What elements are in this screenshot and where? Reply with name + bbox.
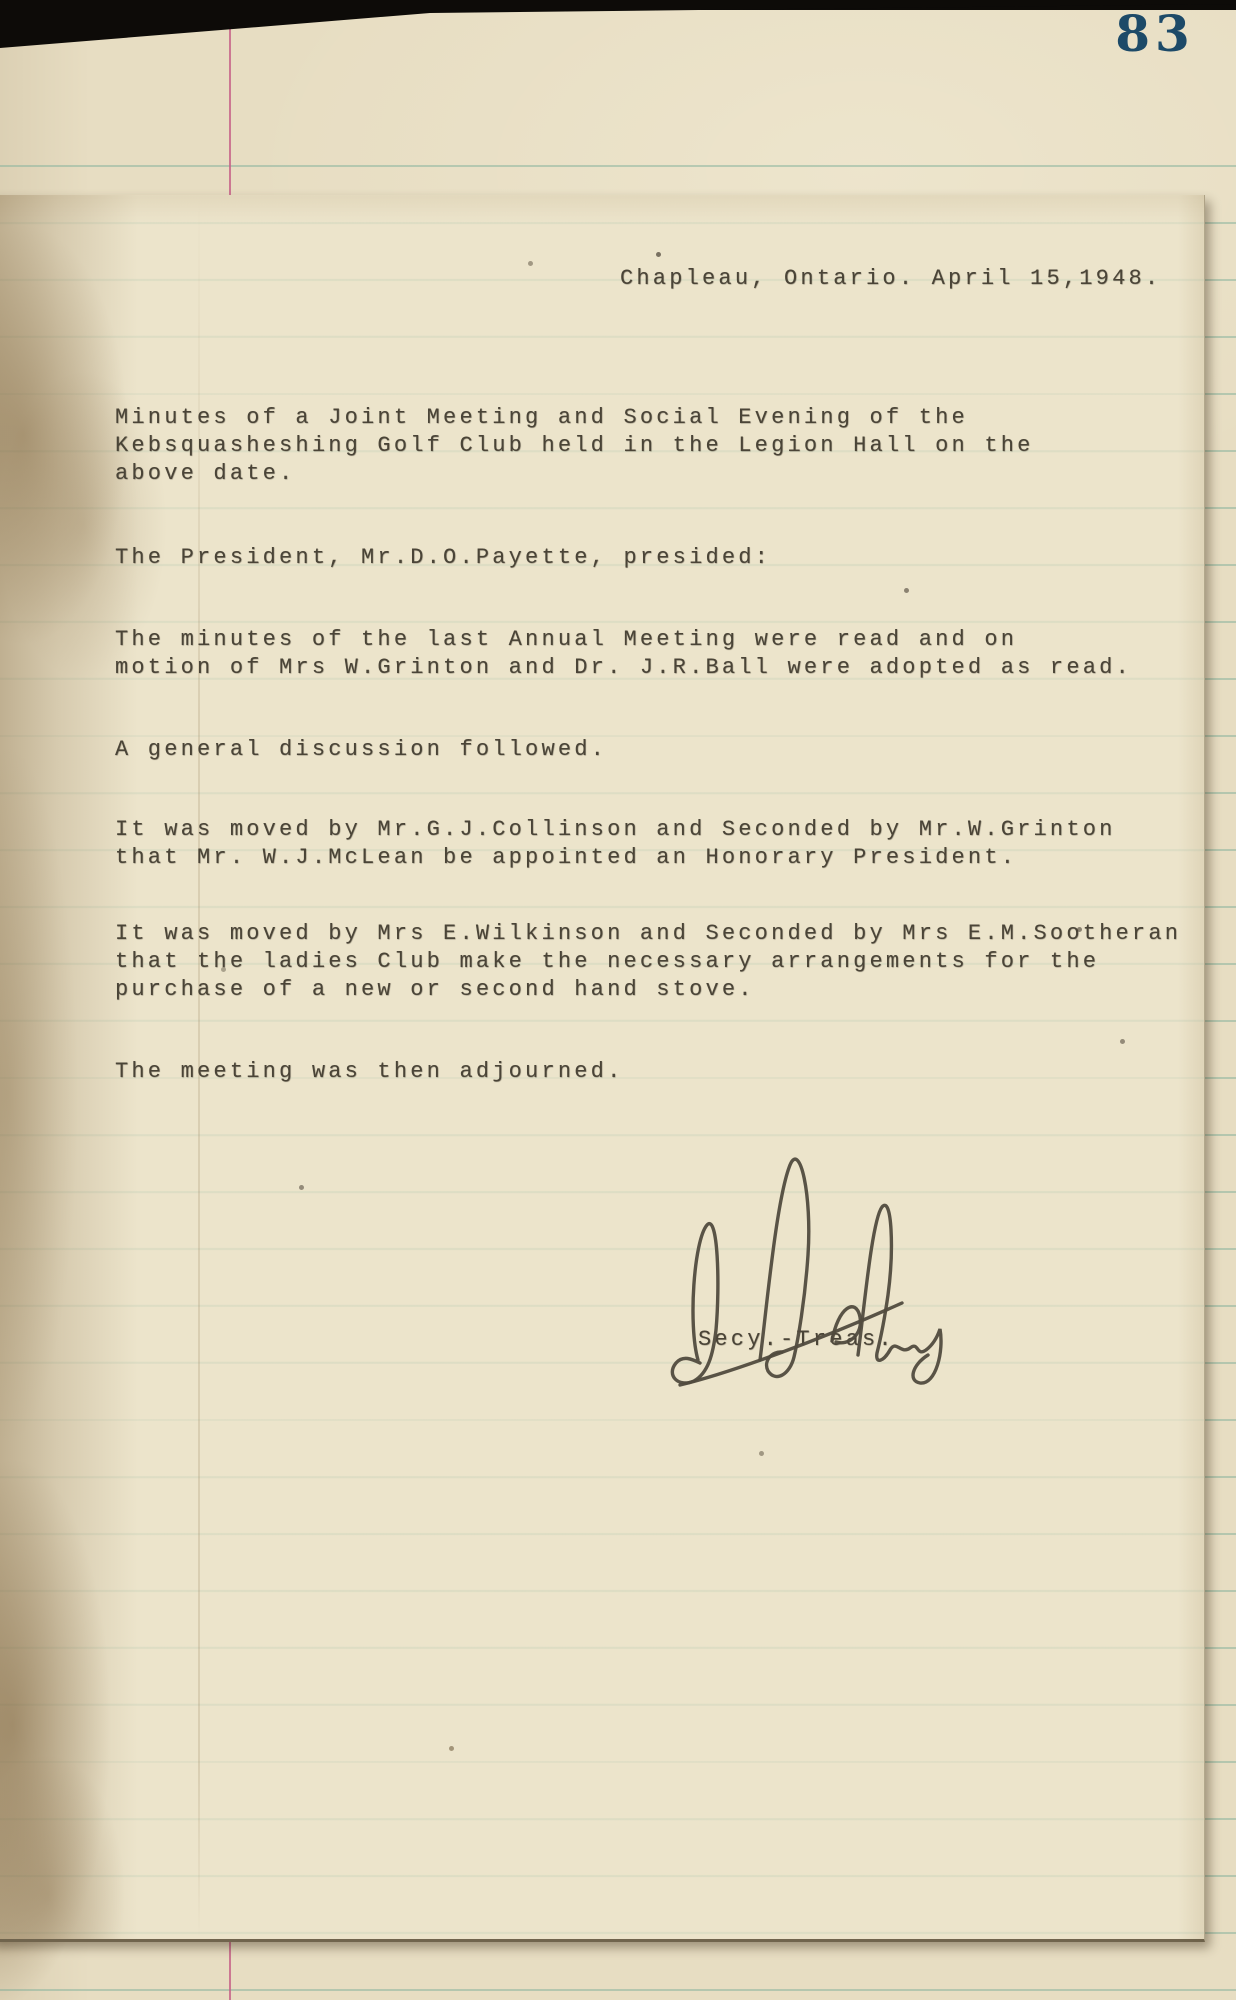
paragraph-line: that the ladies Club make the necessary … — [115, 948, 1181, 976]
page-number: 83 — [1100, 4, 1210, 63]
paragraph-line: Kebsquasheshing Golf Club held in the Le… — [115, 432, 1034, 460]
paragraph-line: that Mr. W.J.McLean be appointed an Hono… — [115, 844, 1116, 872]
paragraph-president: The President, Mr.D.O.Payette, presided: — [115, 544, 771, 572]
paragraph-line: It was moved by Mrs E.Wilkinson and Seco… — [115, 920, 1181, 948]
paragraph-line: A general discussion followed. — [115, 736, 607, 764]
paragraph-line: motion of Mrs W.Grinton and Dr. J.R.Ball… — [115, 654, 1132, 682]
paragraph-stove: It was moved by Mrs E.Wilkinson and Seco… — [115, 920, 1181, 1004]
paragraph-minutes-heading: Minutes of a Joint Meeting and Social Ev… — [115, 404, 1034, 488]
paragraph-line: The minutes of the last Annual Meeting w… — [115, 626, 1132, 654]
paragraph-line: Minutes of a Joint Meeting and Social Ev… — [115, 404, 1034, 432]
paragraph-line: purchase of a new or second hand stove. — [115, 976, 1181, 1004]
paragraph-line: The President, Mr.D.O.Payette, presided: — [115, 544, 771, 572]
paragraph-line: It was moved by Mr.G.J.Collinson and Sec… — [115, 816, 1116, 844]
dateline: Chapleau, Ontario. April 15,1948. — [620, 265, 1161, 293]
paragraph-discussion: A general discussion followed. — [115, 736, 607, 764]
paragraph-line: above date. — [115, 460, 1034, 488]
scan-surface: 83 Chapleau, Ontario. April 15,1948. Min… — [0, 0, 1236, 2000]
paragraph-adjourned: The meeting was then adjourned. — [115, 1058, 623, 1086]
paragraph-line: The meeting was then adjourned. — [115, 1058, 623, 1086]
signature-title: Secy.-Treas. — [698, 1326, 895, 1354]
paragraph-minutes-read: The minutes of the last Annual Meeting w… — [115, 626, 1132, 682]
paragraph-honorary-president: It was moved by Mr.G.J.Collinson and Sec… — [115, 816, 1116, 872]
